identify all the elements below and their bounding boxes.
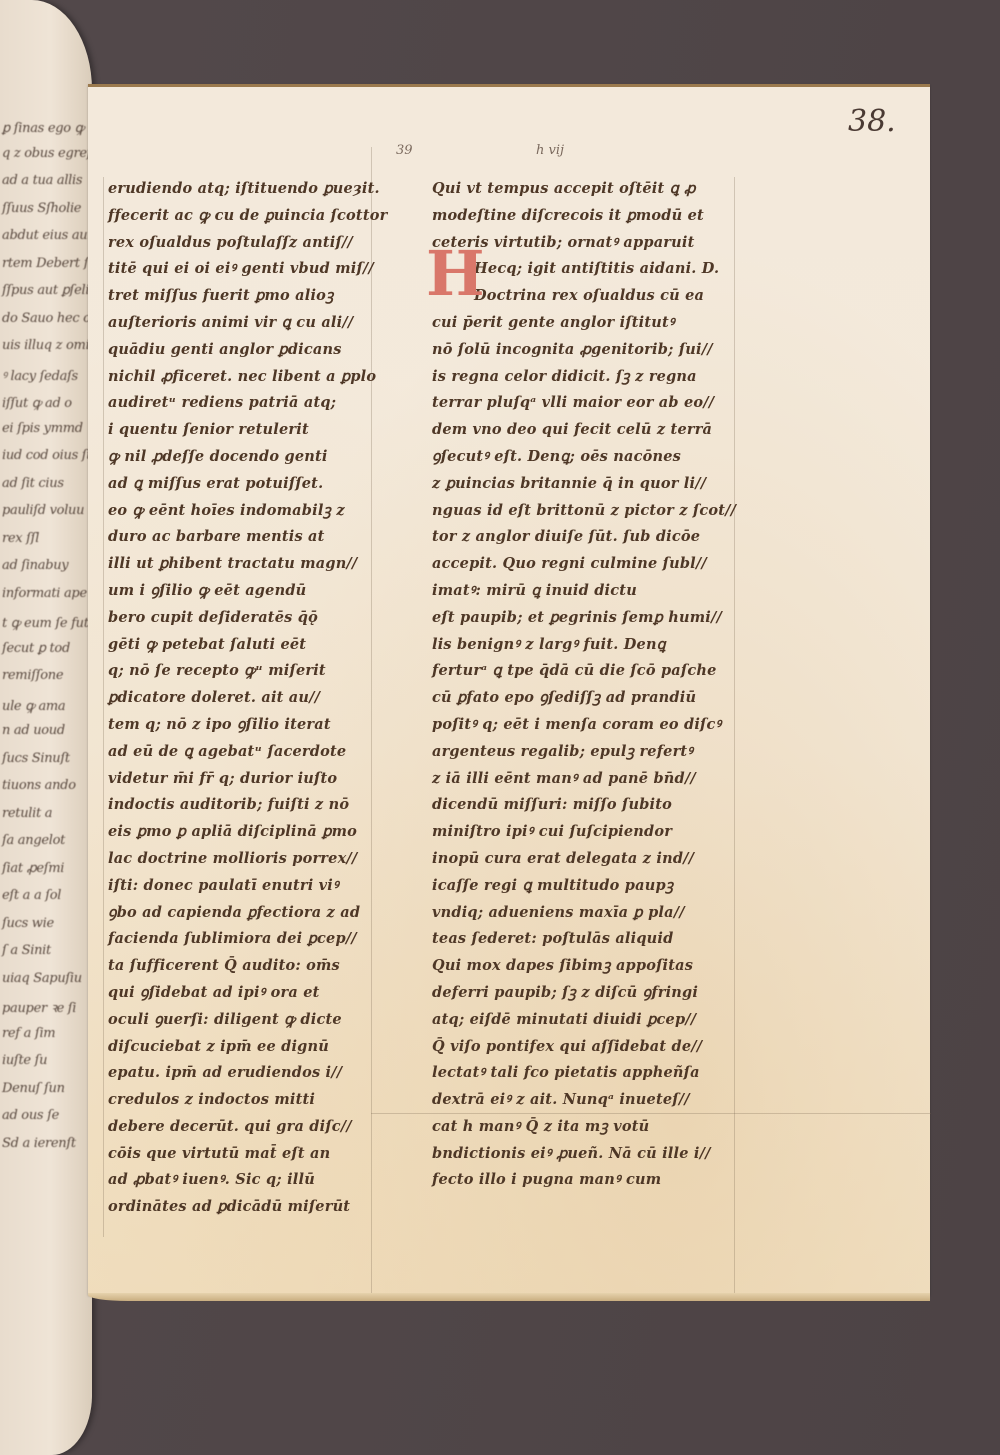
verso-text-fragment: ad ous ſe xyxy=(2,1108,59,1122)
manuscript-line: ad ꝓbatꝰ iuenꝰ. Sic q; illū xyxy=(108,1167,418,1194)
manuscript-line: quādiu genti anglor ꝑdicans xyxy=(108,337,418,364)
manuscript-line: cōis que virtutū mat̄ eſt an xyxy=(108,1141,418,1168)
verso-text-fragment: ule ꝙ ama xyxy=(2,696,65,710)
manuscript-line: ffecerit ac ꝙ cu de ꝑuincia ſcottor xyxy=(108,203,418,230)
manuscript-line: ꝯſecutꝰ eſt. Denꝗ; oēs nacōnes xyxy=(432,444,772,471)
manuscript-line: fecto illo i pugna manꝰ cum xyxy=(432,1167,772,1194)
ruling-left-margin xyxy=(103,177,104,1237)
manuscript-line: ordinātes ad ꝑdicādū miſerūt xyxy=(108,1194,418,1221)
manuscript-line: tor z anglor diuiſe ſūt. ſub dicōe xyxy=(432,524,772,551)
verso-text-fragment: ꝰ lacy ſedaſs xyxy=(2,366,78,380)
verso-text-fragment: informati ape xyxy=(2,586,87,600)
verso-text-fragment: rex ſſl xyxy=(2,531,39,545)
manuscript-line: deferri paupib; ſꝫ z diſcū ꝯfringi xyxy=(432,980,772,1007)
verso-text-fragment: iud cod oius ſt xyxy=(2,448,91,462)
verso-text-fragment: ſucs Sinuſt xyxy=(2,751,70,765)
manuscript-line: ferturᵃ ꝗ tpe q̄dā cū die ſcō paſche xyxy=(432,658,772,685)
manuscript-line: ꝙ nil ꝓdeſſe docendo genti xyxy=(108,444,418,471)
manuscript-line: ta ſufficerent Q̄ audito: om̄s xyxy=(108,953,418,980)
verso-text-fragment: ad ſinabuy xyxy=(2,558,68,572)
verso-text-fragment: abdut eius aurig xyxy=(2,228,92,242)
manuscript-line: eo ꝙ eēnt hoīes indomabilꝫ z xyxy=(108,498,418,525)
verso-text-fragment: ſucs wie xyxy=(2,916,54,930)
manuscript-line: credulos z indoctos mitti xyxy=(108,1087,418,1114)
manuscript-line: videtur m̄i fr̄ q; durior iuſto xyxy=(108,766,418,793)
manuscript-line: q; nō ſe recepto ꝙᵘ miſerit xyxy=(108,658,418,685)
manuscript-line: lis benignꝰ z largꝰ fuit. Denꝗ xyxy=(432,632,772,659)
manuscript-line: miniſtro ipiꝰ cui ſuſcipiendor xyxy=(432,819,772,846)
manuscript-line: epatu. ipm̄ ad erudiendos i// xyxy=(108,1060,418,1087)
manuscript-line: dem vno deo qui fecit celū z terrā xyxy=(432,417,772,444)
manuscript-line: debere decerūt. qui gra diſc// xyxy=(108,1114,418,1141)
manuscript-line: qui ꝯſidebat ad ipiꝰ ora et xyxy=(108,980,418,1007)
verso-text-fragment: pauper ꝛe ſi xyxy=(2,998,76,1012)
manuscript-line: bndictionis eiꝰ ꝓueñ. Nā cū ille i// xyxy=(432,1141,772,1168)
manuscript-line: eis ꝑmo ꝑ apliā diſciplinā ꝑmo xyxy=(108,819,418,846)
verso-text-fragment: do Sauo hec oris xyxy=(2,311,92,325)
verso-text-fragment: ſſpus aut ꝑſeli xyxy=(2,283,89,297)
manuscript-line: dextrā eiꝰ z ait. Nunqᵃ inueteſ// xyxy=(432,1087,772,1114)
manuscript-line: teas ſederet: poſtulās aliquid xyxy=(432,926,772,953)
manuscript-line: ad eū de ꝗ agebatᵘ ſacerdote xyxy=(108,739,418,766)
verso-text-fragment: q z obus egreſs xyxy=(2,146,92,160)
verso-text-fragment: Denuſ ſun xyxy=(2,1081,65,1095)
folio-number: 38. xyxy=(848,104,896,139)
verso-text-fragment: ref a ſim xyxy=(2,1026,55,1040)
manuscript-line: illi ut ꝑhibent tractatu magn// xyxy=(108,551,418,578)
verso-text-fragment: ſ a Sinit xyxy=(2,943,51,957)
verso-text-fragment: uiaq Sapuſiu xyxy=(2,971,82,985)
verso-text-fragment: iſſut ꝙ ad o xyxy=(2,393,72,407)
manuscript-line: eſt paupib; et ꝑegrinis ſemꝑ humi// xyxy=(432,605,772,632)
manuscript-line: Q̄ viſo pontifex qui aſſidebat de// xyxy=(432,1034,772,1061)
manuscript-line: nichil ꝓficeret. nec libent a ꝑplo xyxy=(108,364,418,391)
manuscript-line: i quentu ſenior retulerit xyxy=(108,417,418,444)
verso-text-fragment: ſecut ꝑ tod xyxy=(2,641,70,655)
manuscript-line: iſti: donec paulatī enutri viꝰ xyxy=(108,873,418,900)
manuscript-line: bero cupit deſideratēs q̄ǭ xyxy=(108,605,418,632)
verso-text-fragment: remiſſone xyxy=(2,668,63,682)
facing-verso-page: ꝑ ſinas ego ꝙ hoq z obus egreſsad a tua … xyxy=(0,0,92,1455)
verso-text-fragment: tiuons ando xyxy=(2,778,76,792)
left-text-column: erudiendo atq; iſtituendo ꝑueȝit.ffeceri… xyxy=(108,176,418,1221)
manuscript-line: cat h manꝰ Q̄ z ita mꝫ votū xyxy=(432,1114,772,1141)
manuscript-line: atq; eiſdē minutati diuidi ꝑcep// xyxy=(432,1007,772,1034)
manuscript-line: Qui mox dapes ſibimꝫ appoſitas xyxy=(432,953,772,980)
manuscript-line: facienda ſublimiora dei ꝑcep// xyxy=(108,926,418,953)
manuscript-line: modeſtine diſcrecois it ꝑmodū et xyxy=(432,203,772,230)
manuscript-line: accepit. Quo regni culmine ſubl// xyxy=(432,551,772,578)
verso-text-fragment: n ad uoud xyxy=(2,723,65,737)
verso-text-fragment: ſa angelot xyxy=(2,833,65,847)
manuscript-line: erudiendo atq; iſtituendo ꝑueȝit. xyxy=(108,176,418,203)
manuscript-line: lectatꝰ tali fco pietatis appheñſa xyxy=(432,1060,772,1087)
verso-text-fragment: ſiat ꝓeſmi xyxy=(2,861,64,875)
verso-text-fragment: rtem Debert ſu xyxy=(2,256,92,270)
manuscript-line: vndiq; adueniens maxīa ꝑ pla// xyxy=(432,900,772,927)
right-text-column: Qui vt tempus accepit oſtēit ꝗ ꝓmodeſtin… xyxy=(432,176,772,1194)
manuscript-line: auſterioris animi vir ꝗ cu ali// xyxy=(108,310,418,337)
verso-text-fragment: ad ſit cius xyxy=(2,476,64,490)
verso-text-fragment: uis illuq z omi xyxy=(2,338,89,352)
manuscript-line: nō ſolū incognita ꝓgenitorib; ſui// xyxy=(432,337,772,364)
verso-text-fragment: ei ſpis ymmd xyxy=(2,421,83,435)
manuscript-line: nguas id eſt brittonū z pictor z ſcot// xyxy=(432,498,772,525)
manuscript-line: diſcuciebat z ipm̄ ee dignū xyxy=(108,1034,418,1061)
manuscript-line: z iā illi eēnt manꝰ ad panē bn̄d// xyxy=(432,766,772,793)
verso-text-fragment: retulit a xyxy=(2,806,52,820)
manuscript-line: lac doctrine mollioris porrex// xyxy=(108,846,418,873)
manuscript-line: um i ꝯſilio ꝙ eēt agendū xyxy=(108,578,418,605)
decorated-initial: H xyxy=(426,243,485,305)
manuscript-line: is regna celor didicit. ſꝫ z regna xyxy=(432,364,772,391)
manuscript-line: argenteus regalib; epulꝫ refertꝰ xyxy=(432,739,772,766)
manuscript-line: ad ꝗ miſſus erat potuiſſet. xyxy=(108,471,418,498)
manuscript-line: audiretᵘ rediens patriā atq; xyxy=(108,390,418,417)
manuscript-line: cū ꝑfato epo ꝯſediſſꝫ ad prandiū xyxy=(432,685,772,712)
verso-text-fragment: pauliſd voluu xyxy=(2,503,84,517)
verso-text-fragment: ſſuus Sſholie xyxy=(2,201,81,215)
manuscript-line: cui p̄erit gente anglor iſtitutꝰ xyxy=(432,310,772,337)
manuscript-line: tret miſſus fuerit ꝑmo alioꝫ xyxy=(108,283,418,310)
manuscript-line: indoctis auditorib; fuiſti z nō xyxy=(108,792,418,819)
manuscript-line: terrar pluſqᵃ vlli maior eor ab eo// xyxy=(432,390,772,417)
manuscript-line: inopū cura erat delegata z ind// xyxy=(432,846,772,873)
manuscript-line: dicendū miſſuri: miſſo ſubito xyxy=(432,792,772,819)
manuscript-line: icaſſe regi ꝗ multitudo paupꝫ xyxy=(432,873,772,900)
manuscript-line: imatꝰ: mirū ꝗ inuid dictu xyxy=(432,578,772,605)
manuscript-line: titē qui ei oi eiꝰ genti vbud miſ// xyxy=(108,256,418,283)
verso-text-fragment: ꝑ ſinas ego ꝙ ho xyxy=(2,118,92,132)
top-mark-chapter: h vij xyxy=(536,143,564,158)
manuscript-line: duro ac barbare mentis at xyxy=(108,524,418,551)
manuscript-line: rex oſualdus poſtulaſſz antiſ// xyxy=(108,230,418,257)
manuscript-line: oculi ꝯuerſi: diligent ꝙ dicte xyxy=(108,1007,418,1034)
manuscript-line: ꝯbo ad capienda ꝑfectiora z ad xyxy=(108,900,418,927)
manuscript-line: Qui vt tempus accepit oſtēit ꝗ ꝓ xyxy=(432,176,772,203)
manuscript-line: gēti ꝙ petebat ſaluti eēt xyxy=(108,632,418,659)
manuscript-line: poſitꝰ q; eēt i menſa coram eo diſcꝰ xyxy=(432,712,772,739)
verso-text-fragment: Sd a ierenſt xyxy=(2,1136,76,1150)
manuscript-line: z ꝑuincias britannie q̄ in quor li// xyxy=(432,471,772,498)
verso-text-fragment: eſt a a ſol xyxy=(2,888,61,902)
verso-text-fragment: ad a tua allis xyxy=(2,173,82,187)
top-mark-quire: 39 xyxy=(396,143,413,158)
verso-text-fragment: iuſte ſu xyxy=(2,1053,47,1067)
manuscript-line: ꝑdicatore doleret. ait au// xyxy=(108,685,418,712)
manuscript-line: tem q; nō z ipo ꝯſilio iterat xyxy=(108,712,418,739)
verso-text-fragment: t ꝙ eum ſe fut xyxy=(2,613,89,627)
